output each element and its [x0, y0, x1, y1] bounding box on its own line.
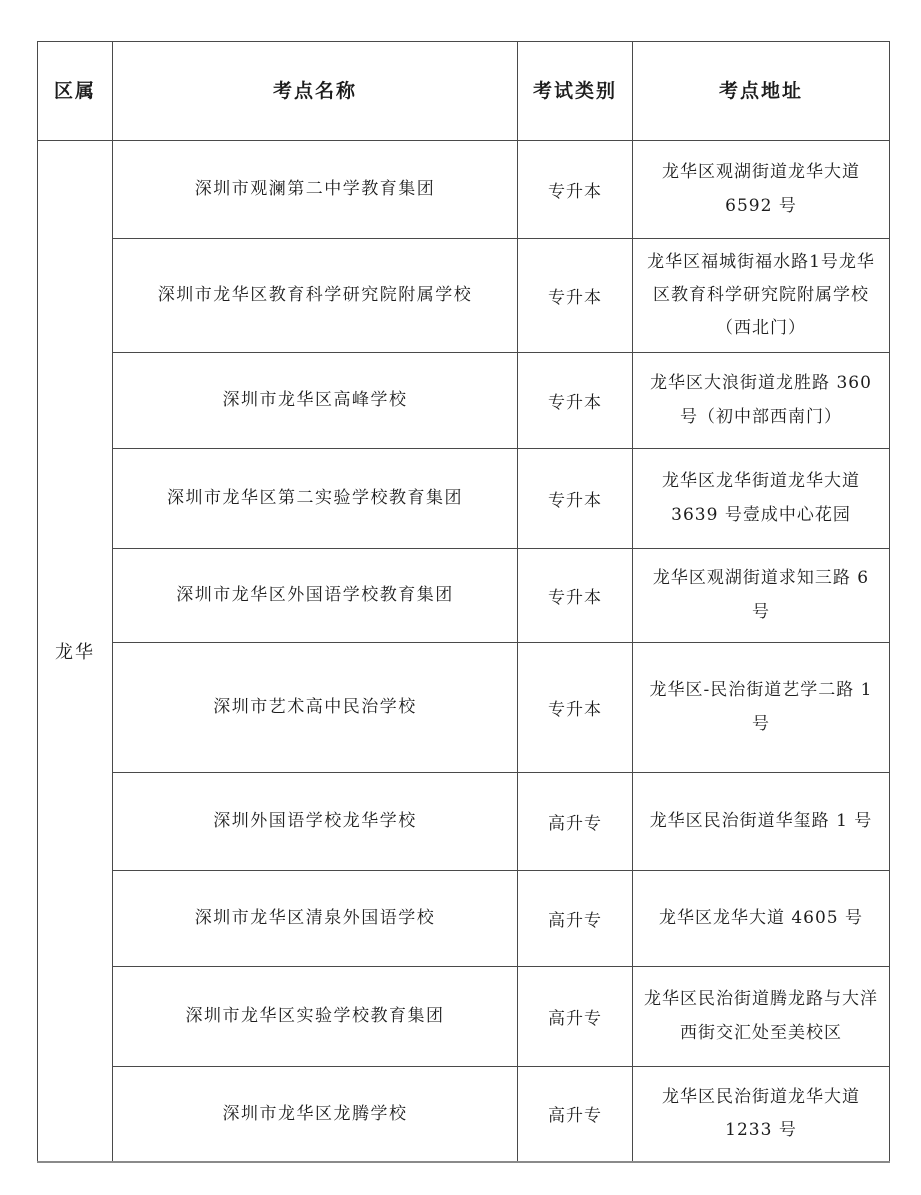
exam-category-cell: 专升本 — [518, 141, 633, 239]
site-name-cell: 深圳市龙华区实验学校教育集团 — [113, 967, 518, 1067]
site-name-cell: 深圳市艺术高中民治学校 — [113, 643, 518, 773]
exam-category-cell: 高升专 — [518, 967, 633, 1067]
site-name-cell: 深圳市龙华区高峰学校 — [113, 353, 518, 449]
site-address-cell: 龙华区龙华大道 4605 号 — [633, 871, 890, 967]
site-name-cell: 深圳市龙华区龙腾学校 — [113, 1067, 518, 1162]
exam-category-cell: 专升本 — [518, 643, 633, 773]
site-address-cell: 龙华区-民治街道艺学二路 1 号 — [633, 643, 890, 773]
exam-category-cell: 专升本 — [518, 353, 633, 449]
header-exam-category: 考试类别 — [518, 42, 633, 141]
site-address-cell: 龙华区龙华街道龙华大道 3639 号壹成中心花园 — [633, 449, 890, 549]
site-address-cell: 龙华区大浪街道龙胜路 360 号（初中部西南门） — [633, 353, 890, 449]
exam-category-cell: 高升专 — [518, 773, 633, 871]
site-name-cell: 深圳市龙华区第二实验学校教育集团 — [113, 449, 518, 549]
table-row: 深圳市艺术高中民治学校 专升本 龙华区-民治街道艺学二路 1 号 — [38, 643, 890, 773]
site-address-cell: 龙华区民治街道龙华大道 1233 号 — [633, 1067, 890, 1162]
table-row: 龙华 深圳市观澜第二中学教育集团 专升本 龙华区观湖街道龙华大道 6592 号 — [38, 141, 890, 239]
table-row: 深圳市龙华区教育科学研究院附属学校 专升本 龙华区福城街福水路1号龙华区教育科学… — [38, 239, 890, 353]
district-cell: 龙华 — [38, 141, 113, 1162]
site-address-cell: 龙华区民治街道腾龙路与大洋西街交汇处至美校区 — [633, 967, 890, 1067]
header-site-name: 考点名称 — [113, 42, 518, 141]
site-name-cell: 深圳市观澜第二中学教育集团 — [113, 141, 518, 239]
table-row: 深圳市龙华区高峰学校 专升本 龙华区大浪街道龙胜路 360 号（初中部西南门） — [38, 353, 890, 449]
table-row: 深圳市龙华区外国语学校教育集团 专升本 龙华区观湖街道求知三路 6 号 — [38, 549, 890, 643]
site-name-cell: 深圳市龙华区教育科学研究院附属学校 — [113, 239, 518, 353]
site-name-cell: 深圳市龙华区清泉外国语学校 — [113, 871, 518, 967]
exam-category-cell: 高升专 — [518, 871, 633, 967]
exam-category-cell: 专升本 — [518, 239, 633, 353]
exam-sites-table: 区属 考点名称 考试类别 考点地址 龙华 深圳市观澜第二中学教育集团 专升本 龙… — [37, 41, 890, 1163]
table-row: 深圳市龙华区清泉外国语学校 高升专 龙华区龙华大道 4605 号 — [38, 871, 890, 967]
site-address-cell: 龙华区观湖街道求知三路 6 号 — [633, 549, 890, 643]
table-row: 深圳市龙华区实验学校教育集团 高升专 龙华区民治街道腾龙路与大洋西街交汇处至美校… — [38, 967, 890, 1067]
site-address-cell: 龙华区福城街福水路1号龙华区教育科学研究院附属学校（西北门） — [633, 239, 890, 353]
site-address-cell: 龙华区民治街道华玺路 1 号 — [633, 773, 890, 871]
exam-category-cell: 高升专 — [518, 1067, 633, 1162]
header-district: 区属 — [38, 42, 113, 141]
site-name-cell: 深圳市龙华区外国语学校教育集团 — [113, 549, 518, 643]
header-row: 区属 考点名称 考试类别 考点地址 — [38, 42, 890, 141]
exam-category-cell: 专升本 — [518, 449, 633, 549]
document-page: 区属 考点名称 考试类别 考点地址 龙华 深圳市观澜第二中学教育集团 专升本 龙… — [0, 0, 921, 1195]
header-site-address: 考点地址 — [633, 42, 890, 141]
table-row: 深圳市龙华区第二实验学校教育集团 专升本 龙华区龙华街道龙华大道 3639 号壹… — [38, 449, 890, 549]
site-name-cell: 深圳外国语学校龙华学校 — [113, 773, 518, 871]
table-row: 深圳外国语学校龙华学校 高升专 龙华区民治街道华玺路 1 号 — [38, 773, 890, 871]
site-address-cell: 龙华区观湖街道龙华大道 6592 号 — [633, 141, 890, 239]
exam-category-cell: 专升本 — [518, 549, 633, 643]
table-row: 深圳市龙华区龙腾学校 高升专 龙华区民治街道龙华大道 1233 号 — [38, 1067, 890, 1162]
